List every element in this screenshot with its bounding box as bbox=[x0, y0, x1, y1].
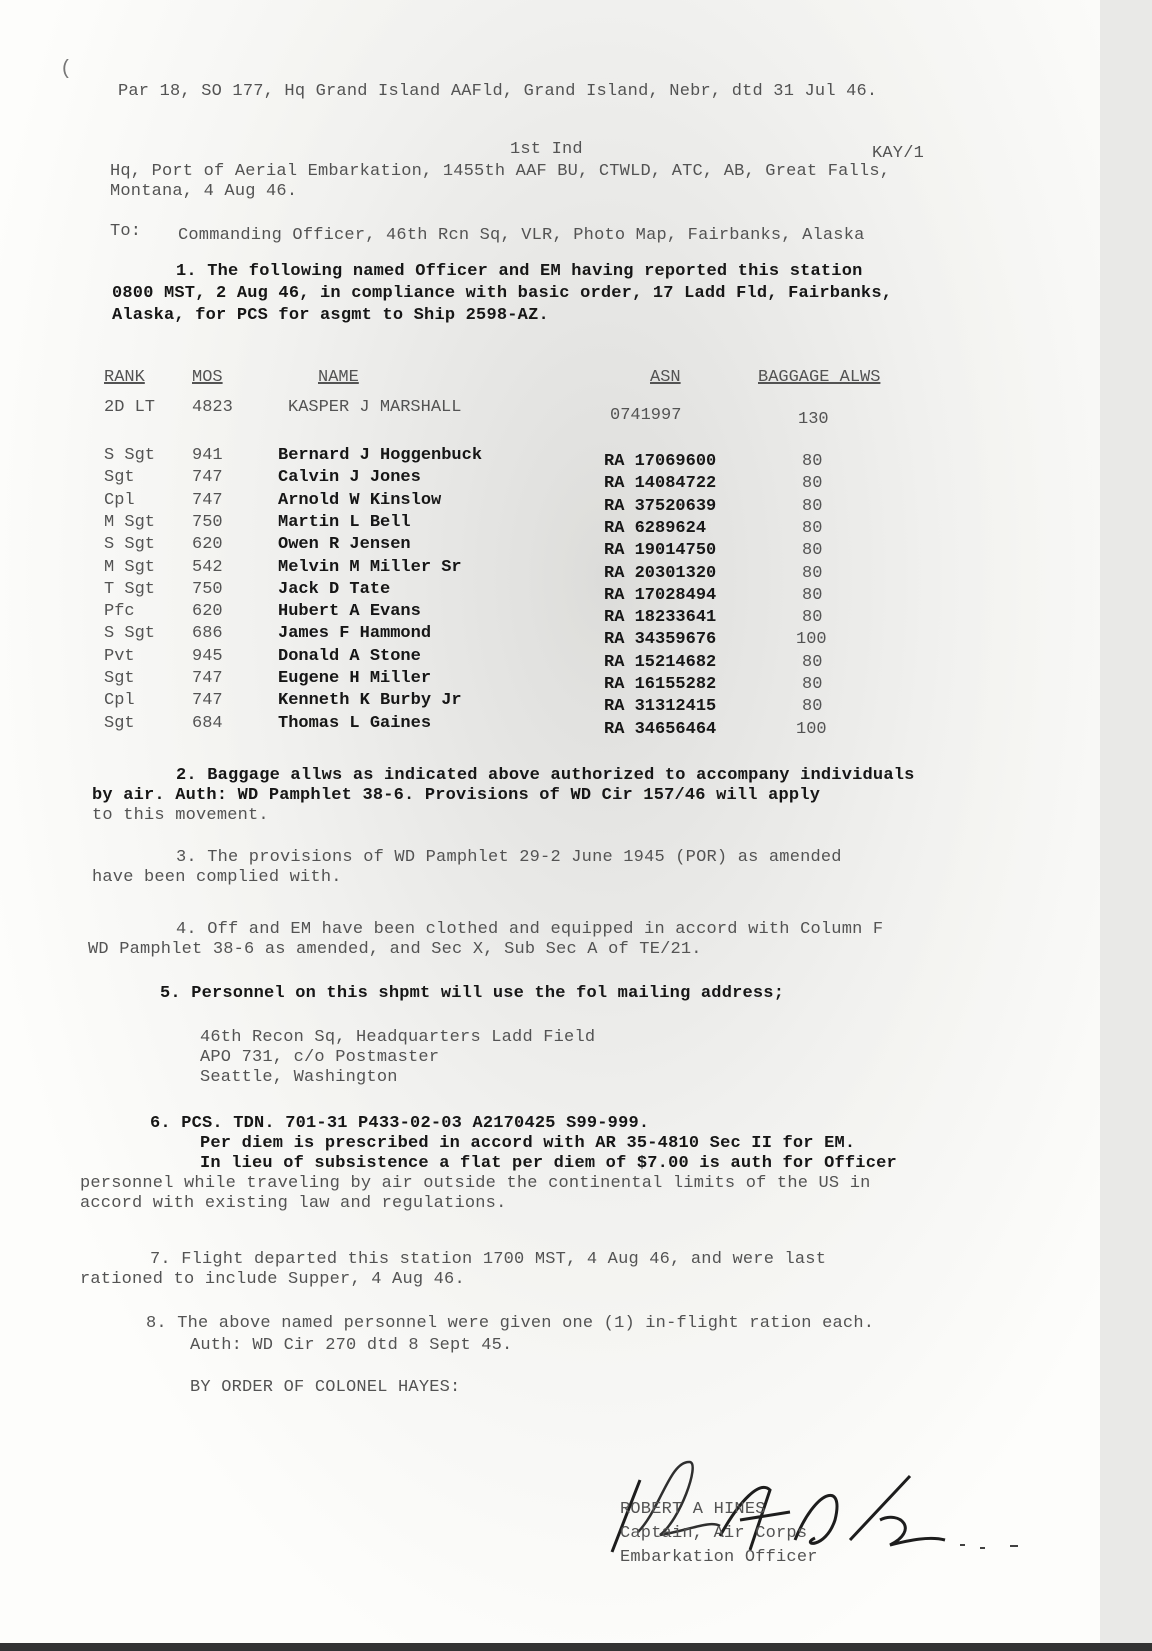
para-6-line-2: Per diem is prescribed in accord with AR… bbox=[200, 1134, 855, 1153]
cell-mos: 542 bbox=[192, 558, 223, 577]
cell-name: Thomas L Gaines bbox=[278, 714, 431, 733]
cell-baggage: 80 bbox=[802, 608, 822, 627]
para-4-line-1: 4. Off and EM have been clothed and equi… bbox=[176, 920, 883, 939]
col-header-asn: ASN bbox=[650, 368, 681, 387]
col-header-name: NAME bbox=[318, 368, 359, 387]
cell-mos: 747 bbox=[192, 491, 223, 510]
para-3-line-2: have been complied with. bbox=[92, 868, 342, 887]
para-7-line-1: 7. Flight departed this station 1700 MST… bbox=[150, 1250, 826, 1269]
col-header-baggage: BAGGAGE ALWS bbox=[758, 368, 880, 387]
indorsement-label: 1st Ind bbox=[510, 140, 583, 159]
cell-rank: S Sgt bbox=[104, 624, 155, 643]
cell-name: Kenneth K Burby Jr bbox=[278, 691, 462, 710]
cell-asn: RA 19014750 bbox=[604, 541, 716, 560]
cell-name: Melvin M Miller Sr bbox=[278, 558, 462, 577]
cell-asn: RA 20301320 bbox=[604, 564, 716, 583]
cell-asn: RA 34656464 bbox=[604, 720, 716, 739]
cell-rank: Sgt bbox=[104, 468, 135, 487]
address-line-1: 46th Recon Sq, Headquarters Ladd Field bbox=[200, 1028, 595, 1047]
cell-name: James F Hammond bbox=[278, 624, 431, 643]
para-8-line-2: Auth: WD Cir 270 dtd 8 Sept 45. bbox=[190, 1336, 512, 1355]
col-header-rank: RANK bbox=[104, 368, 145, 387]
cell-name: Eugene H Miller bbox=[278, 669, 431, 688]
cell-name: Hubert A Evans bbox=[278, 602, 421, 621]
cell-asn: RA 16155282 bbox=[604, 675, 716, 694]
address-line-3: Seattle, Washington bbox=[200, 1068, 398, 1087]
cell-rank: M Sgt bbox=[104, 558, 155, 577]
para-1-line-3: Alaska, for PCS for asgmt to Ship 2598-A… bbox=[112, 306, 549, 325]
officer-rank: 2D LT bbox=[104, 398, 155, 417]
para-1-line-1: 1. The following named Officer and EM ha… bbox=[176, 262, 863, 281]
cell-mos: 620 bbox=[192, 535, 223, 554]
para-7-line-2: rationed to include Supper, 4 Aug 46. bbox=[80, 1270, 465, 1289]
officer-baggage: 130 bbox=[798, 410, 829, 429]
cell-baggage: 100 bbox=[796, 630, 827, 649]
cell-name: Calvin J Jones bbox=[278, 468, 421, 487]
para-2-line-3: to this movement. bbox=[92, 806, 269, 825]
cell-baggage: 80 bbox=[802, 653, 822, 672]
cell-asn: RA 17069600 bbox=[604, 452, 716, 471]
cell-mos: 750 bbox=[192, 580, 223, 599]
para-6-line-4: personnel while traveling by air outside… bbox=[80, 1174, 871, 1193]
para-2-line-1: 2. Baggage allws as indicated above auth… bbox=[176, 766, 915, 785]
para-4-line-2: WD Pamphlet 38-6 as amended, and Sec X, … bbox=[88, 940, 702, 959]
cell-mos: 620 bbox=[192, 602, 223, 621]
para-6-line-5: accord with existing law and regulations… bbox=[80, 1194, 506, 1213]
cell-name: Jack D Tate bbox=[278, 580, 390, 599]
reference-line: Par 18, SO 177, Hq Grand Island AAFld, G… bbox=[118, 82, 877, 101]
para-2-line-2: by air. Auth: WD Pamphlet 38-6. Provisio… bbox=[92, 786, 820, 805]
officer-asn: 0741997 bbox=[610, 406, 681, 425]
cell-rank: Pvt bbox=[104, 647, 135, 666]
officer-name: KASPER J MARSHALL bbox=[288, 398, 461, 417]
cell-baggage: 80 bbox=[802, 541, 822, 560]
cell-asn: RA 37520639 bbox=[604, 497, 716, 516]
cell-asn: RA 31312415 bbox=[604, 697, 716, 716]
margin-mark: ( bbox=[60, 58, 72, 81]
para-8-line-1: 8. The above named personnel were given … bbox=[146, 1314, 874, 1333]
cell-mos: 747 bbox=[192, 468, 223, 487]
cell-rank: S Sgt bbox=[104, 535, 155, 554]
file-code: KAY/1 bbox=[872, 144, 924, 163]
cell-asn: RA 17028494 bbox=[604, 586, 716, 605]
signature-title-1: Captain, Air Corps bbox=[620, 1524, 807, 1543]
officer-mos: 4823 bbox=[192, 398, 233, 417]
cell-name: Martin L Bell bbox=[278, 513, 411, 532]
cell-name: Arnold W Kinslow bbox=[278, 491, 441, 510]
cell-baggage: 80 bbox=[802, 497, 822, 516]
cell-mos: 747 bbox=[192, 691, 223, 710]
cell-mos: 684 bbox=[192, 714, 223, 733]
cell-rank: Cpl bbox=[104, 691, 135, 710]
cell-mos: 750 bbox=[192, 513, 223, 532]
cell-rank: Sgt bbox=[104, 669, 135, 688]
cell-mos: 941 bbox=[192, 446, 223, 465]
cell-baggage: 80 bbox=[802, 519, 822, 538]
para-3-line-1: 3. The provisions of WD Pamphlet 29-2 Ju… bbox=[176, 848, 842, 867]
cell-name: Bernard J Hoggenbuck bbox=[278, 446, 482, 465]
para-6-line-3: In lieu of subsistence a flat per diem o… bbox=[200, 1154, 897, 1173]
from-line-2: Montana, 4 Aug 46. bbox=[110, 182, 297, 201]
cell-rank: Cpl bbox=[104, 491, 135, 510]
cell-mos: 945 bbox=[192, 647, 223, 666]
para-1-line-2: 0800 MST, 2 Aug 46, in compliance with b… bbox=[112, 284, 892, 303]
para-6-line-1: 6. PCS. TDN. 701-31 P433-02-03 A2170425 … bbox=[150, 1114, 649, 1133]
cell-baggage: 80 bbox=[802, 675, 822, 694]
to-value: Commanding Officer, 46th Rcn Sq, VLR, Ph… bbox=[178, 226, 865, 245]
cell-asn: RA 14084722 bbox=[604, 474, 716, 493]
cell-baggage: 80 bbox=[802, 564, 822, 583]
cell-asn: RA 34359676 bbox=[604, 630, 716, 649]
cell-baggage: 80 bbox=[802, 586, 822, 605]
cell-baggage: 80 bbox=[802, 474, 822, 493]
para-5-line-1: 5. Personnel on this shpmt will use the … bbox=[160, 984, 784, 1003]
typed-signature-name: ROBERT A HINES bbox=[620, 1500, 766, 1519]
document-page: ( Par 18, SO 177, Hq Grand Island AAFld,… bbox=[0, 0, 1100, 1651]
cell-name: Donald A Stone bbox=[278, 647, 421, 666]
cell-mos: 686 bbox=[192, 624, 223, 643]
cell-rank: T Sgt bbox=[104, 580, 155, 599]
cell-baggage: 100 bbox=[796, 720, 827, 739]
to-label: To: bbox=[110, 222, 141, 241]
scan-edge bbox=[0, 1643, 1152, 1651]
cell-rank: M Sgt bbox=[104, 513, 155, 532]
cell-rank: Sgt bbox=[104, 714, 135, 733]
cell-asn: RA 15214682 bbox=[604, 653, 716, 672]
cell-baggage: 80 bbox=[802, 697, 822, 716]
by-order-line: BY ORDER OF COLONEL HAYES: bbox=[190, 1378, 460, 1397]
cell-rank: Pfc bbox=[104, 602, 135, 621]
cell-asn: RA 18233641 bbox=[604, 608, 716, 627]
cell-asn: RA 6289624 bbox=[604, 519, 706, 538]
cell-name: Owen R Jensen bbox=[278, 535, 411, 554]
address-line-2: APO 731, c/o Postmaster bbox=[200, 1048, 439, 1067]
cell-baggage: 80 bbox=[802, 452, 822, 471]
cell-rank: S Sgt bbox=[104, 446, 155, 465]
col-header-mos: MOS bbox=[192, 368, 223, 387]
cell-mos: 747 bbox=[192, 669, 223, 688]
signature-title-2: Embarkation Officer bbox=[620, 1548, 818, 1567]
from-line-1: Hq, Port of Aerial Embarkation, 1455th A… bbox=[110, 162, 890, 181]
